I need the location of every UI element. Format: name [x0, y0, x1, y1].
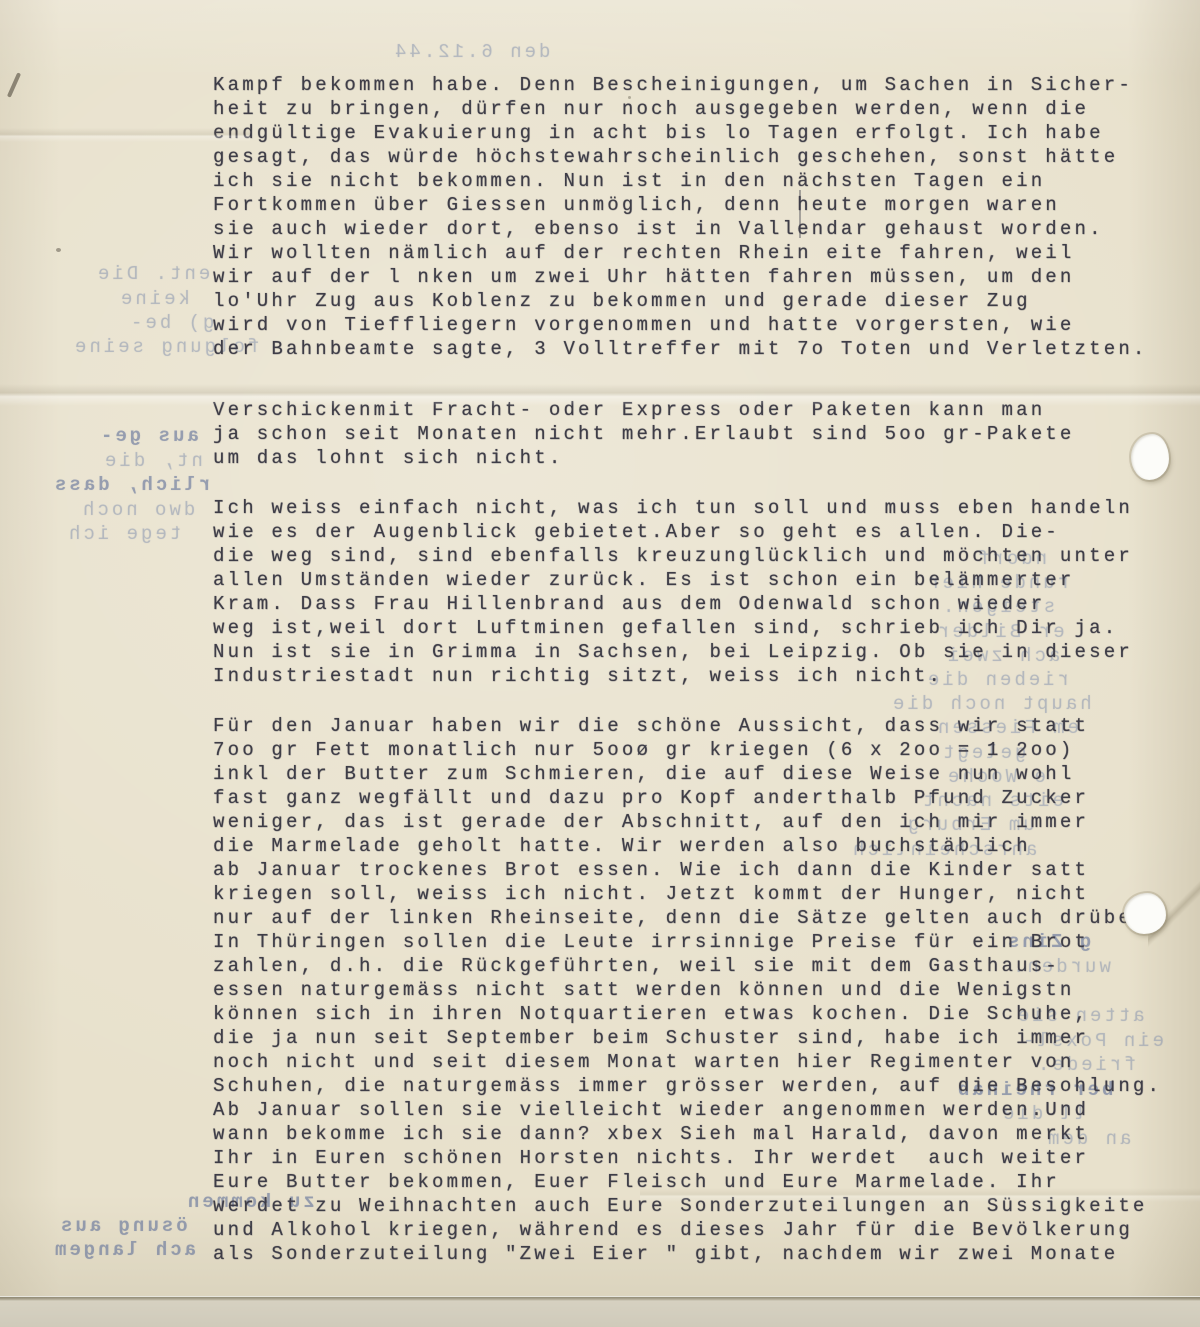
letter-line: und Alkohol kriegen, während es dieses J… — [213, 1218, 1188, 1242]
bleedthrough-text: den 6.12.44 — [392, 40, 550, 64]
letter-line: wann bekomme ich sie dann? xbex Sieh mal… — [213, 1122, 1188, 1146]
bleedthrough-text: dwo noch — [80, 498, 195, 522]
letter-line: Kampf bekommen habe. Denn Bescheinigunge… — [213, 73, 1188, 97]
letter-line: Ihr in Euren schönen Horsten nichts. Ihr… — [213, 1146, 1188, 1170]
bleedthrough-text: ent. Die — [95, 262, 210, 286]
punch-hole — [1131, 434, 1169, 480]
bleedthrough-text: rlich, dass — [52, 473, 210, 497]
letter-line: nur auf der linken Rheinseite, denn die … — [213, 906, 1188, 930]
letter-line: zahlen, d.h. die Rückgeführten, weil sie… — [213, 954, 1188, 978]
letter-line: die Marmelade geholt hatte. Wir werden a… — [213, 834, 1188, 858]
letter-line: gesagt, das würde höchstewahrscheinlich … — [213, 145, 1188, 169]
paragraph: Für den Januar haben wir die schöne Auss… — [213, 714, 1188, 1266]
letter-body: Kampf bekommen habe. Denn Bescheinigunge… — [213, 73, 1188, 1292]
letter-line: wird von Tieffliegern vorgenommen und ha… — [213, 313, 1188, 337]
letter-line: weniger, das ist gerade der Abschnitt, a… — [213, 810, 1188, 834]
letter-line: heit zu bringen, dürfen nur noch ausgege… — [213, 97, 1188, 121]
letter-line: essen naturgemäss nicht satt werden könn… — [213, 978, 1188, 1002]
letter-line: inkl der Butter zum Schmieren, die auf d… — [213, 762, 1188, 786]
letter-line: lo'Uhr Zug aus Koblenz zu bekommen und g… — [213, 289, 1188, 313]
letter-line: Ab Januar sollen sie vielleicht wieder a… — [213, 1098, 1188, 1122]
paragraph: Verschickenmit Fracht- oder Express oder… — [213, 398, 1188, 470]
bleedthrough-text: nt, die — [102, 449, 203, 473]
letter-line: allen Umständen wieder zurück. Es ist sc… — [213, 568, 1188, 592]
letter-line: können sich in ihren Notquartieren etwas… — [213, 1002, 1188, 1026]
letter-line: 7oo gr Fett monatlich nur 5ooø gr kriege… — [213, 738, 1188, 762]
bleedthrough-text: tege ich — [66, 522, 181, 546]
letter-line: Für den Januar haben wir die schöne Auss… — [213, 714, 1188, 738]
letter-line: kriegen soll, weiss ich nicht. Jetzt kom… — [213, 882, 1188, 906]
punch-hole — [1124, 893, 1166, 934]
letter-line: fast ganz wegfällt und dazu pro Kopf and… — [213, 786, 1188, 810]
letter-line: der Bahnbeamte sagte, 3 Volltreffer mit … — [213, 337, 1188, 361]
letter-line: ich sie nicht bekommen. Nun ist in den n… — [213, 169, 1188, 193]
letter-line: In Thüringen sollen die Leute irrsinnige… — [213, 930, 1188, 954]
letter-line: wir auf der l nken um zwei Uhr hätten fa… — [213, 265, 1188, 289]
bleedthrough-text: ösung aus — [58, 1214, 188, 1238]
letter-line: Ich weiss einfach nicht, was ich tun sol… — [213, 496, 1188, 520]
letter-line: noch nicht und seit diesem Monat warten … — [213, 1050, 1188, 1074]
letter-line: weg ist,weil dort Luftminen gefallen sin… — [213, 616, 1188, 640]
bleedthrough-text: keine — [118, 287, 190, 311]
letter-line: Fortkommen über Giessen unmöglich, denn … — [213, 193, 1188, 217]
letter-line: ab Januar trockenes Brot essen. Wie ich … — [213, 858, 1188, 882]
letter-line: Verschickenmit Fracht- oder Express oder… — [213, 398, 1188, 422]
paragraph: Ich weiss einfach nicht, was ich tun sol… — [213, 496, 1188, 688]
letter-line: ja schon seit Monaten nicht mehr.Erlaubt… — [213, 422, 1188, 446]
paragraph: Kampf bekommen habe. Denn Bescheinigunge… — [213, 73, 1188, 361]
letter-page: den 6.12.44ent. Diekeineg) be-folgung se… — [0, 0, 1200, 1327]
letter-line: Schuhen, die naturgemäss immer grösser w… — [213, 1074, 1188, 1098]
letter-line: endgültige Evakuierung in acht bis lo Ta… — [213, 121, 1188, 145]
letter-line: Kram. Dass Frau Hillenbrand aus dem Oden… — [213, 592, 1188, 616]
letter-line: Industriestadt nun richtig sitzt, weiss … — [213, 664, 1188, 688]
letter-line: Eure Butter bekommen, Euer Fleisch und E… — [213, 1170, 1188, 1194]
letter-line: sie auch wieder dort, ebenso ist in Vall… — [213, 217, 1188, 241]
letter-line: werdet zu Weihnachten auch Eure Sonderzu… — [213, 1194, 1188, 1218]
letter-line: um das lohnt sich nicht. — [213, 446, 1188, 470]
letter-line: Nun ist sie in Grimma in Sachsen, bei Le… — [213, 640, 1188, 664]
bleedthrough-text: g) be- — [128, 311, 214, 335]
letter-line: Wir wollten nämlich auf der rechten Rhei… — [213, 241, 1188, 265]
letter-line: die ja nun seit September beim Schuster … — [213, 1026, 1188, 1050]
letter-line: die weg sind, sind ebenfalls kreuzunglüc… — [213, 544, 1188, 568]
bleedthrough-text: ach langem — [52, 1238, 196, 1262]
bleedthrough-text: aus ge- — [98, 424, 199, 448]
letter-line: als Sonderzuteilung "Zwei Eier " gibt, n… — [213, 1242, 1188, 1266]
letter-line: wie es der Augenblick gebietet.Aber so g… — [213, 520, 1188, 544]
